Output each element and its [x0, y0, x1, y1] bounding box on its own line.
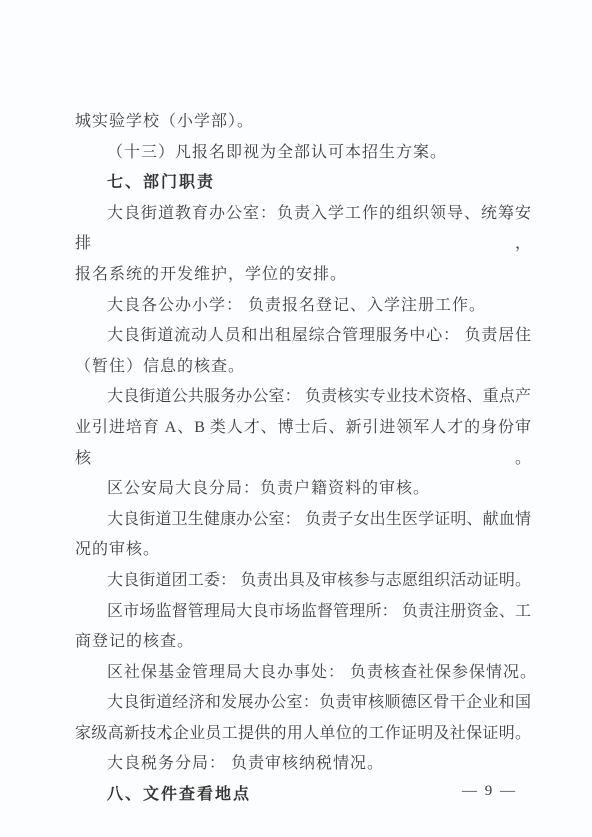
text-line: 区公安局大良分局：负责户籍资料的审核。: [75, 474, 531, 505]
text-line: 城实验学校（小学部）。: [75, 107, 531, 138]
page-number: — 9 —: [462, 783, 517, 800]
text-line: 大良街道流动人员和出租屋综合管理服务中心： 负责居住: [75, 321, 531, 352]
text-line: 大良各公办小学： 负责报名登记、入学注册工作。: [75, 291, 531, 322]
text-line: 家级高新技术企业员工提供的用人单位的工作证明及社保证明。: [75, 719, 531, 750]
text-line: 商登记的核查。: [75, 627, 531, 658]
text-line: 报名系统的开发维护，学位的安排。: [75, 260, 531, 291]
text-line: 大良街道教育办公室：负责入学工作的组织领导、统筹安排，: [75, 199, 531, 260]
text-line: （十三）凡报名即视为全部认可本招生方案。: [75, 138, 531, 169]
text-line: 大良街道团工委： 负责出具及审核参与志愿组织活动证明。: [75, 566, 531, 597]
document-body: 城实验学校（小学部）。（十三）凡报名即视为全部认可本招生方案。七、部门职责大良街…: [75, 107, 531, 811]
text-line: 大良税务分局： 负责审核纳税情况。: [75, 749, 531, 780]
text-line: 大良街道经济和发展办公室：负责审核顺德区骨干企业和国: [75, 688, 531, 719]
section-heading: 七、部门职责: [75, 168, 531, 199]
text-line: 大良街道公共服务办公室： 负责核实专业技术资格、重点产: [75, 382, 531, 413]
text-line: 况的审核。: [75, 535, 531, 566]
text-line: （暂住）信息的核查。: [75, 352, 531, 383]
text-line: 区社保基金管理局大良办事处： 负责核查社保参保情况。: [75, 658, 531, 689]
document-page: 城实验学校（小学部）。（十三）凡报名即视为全部认可本招生方案。七、部门职责大良街…: [0, 0, 592, 837]
scan-speck: [167, 737, 170, 740]
text-line: 大良街道卫生健康办公室： 负责子女出生医学证明、献血情: [75, 505, 531, 536]
text-line: 区市场监督管理局大良市场监督管理所： 负责注册资金、工: [75, 597, 531, 628]
text-line: 业引进培育 A、B 类人才、博士后、新引进领军人才的身份审核。: [75, 413, 531, 474]
